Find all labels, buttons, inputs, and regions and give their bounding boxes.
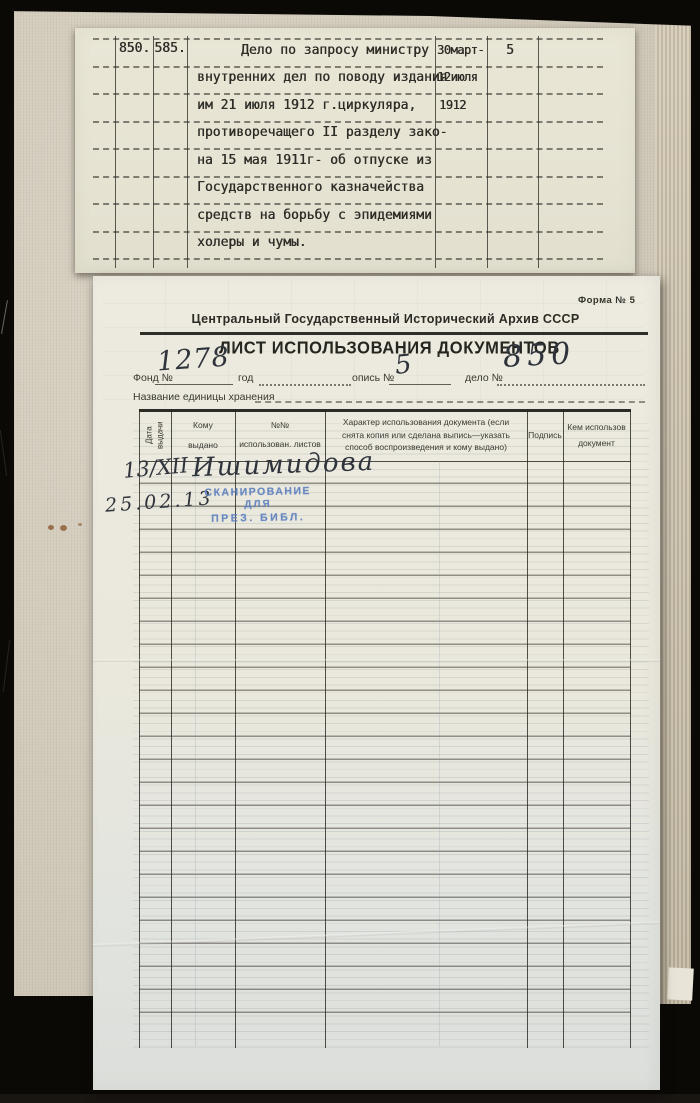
register-rule-h (93, 93, 603, 95)
col-header-signature: Подпись (527, 409, 563, 461)
bleed-through-rule (195, 461, 196, 1046)
register-rule-h (93, 148, 603, 150)
case-description-line: средств на борьбу с эпидемиями (197, 208, 432, 223)
bleed-through-rule (439, 461, 440, 1046)
case-date-line: 1912 (439, 98, 466, 112)
stamp-line: СКАНИРОВАНИЕ (193, 485, 323, 500)
case-description-line: им 21 июля 1912 г.циркуляра, (197, 98, 416, 113)
case-description-line: внутренних дел по поводу издания (197, 70, 447, 85)
page-edge-tab (667, 967, 694, 1000)
register-rule-h (93, 121, 603, 123)
col-header-date: Дата выдачи (139, 409, 171, 461)
unit-name-fill-line (255, 401, 645, 403)
scan-fiber (1, 300, 8, 334)
archive-scan: 850. 585. Дело по запросу министру внутр… (0, 0, 700, 1103)
opis-fill-line (389, 384, 451, 385)
book-fore-edge (655, 10, 691, 1004)
page-stain-dot (78, 523, 82, 526)
register-rule-v (115, 36, 116, 268)
archive-name: Центральный Государственный Исторический… (93, 312, 660, 326)
table-rule-v (563, 409, 564, 1048)
scan-bottom-texture (0, 1094, 700, 1103)
table-border-right (630, 409, 631, 1048)
col-header-used-by: Кем использов документ (563, 409, 630, 461)
scan-fiber (3, 640, 10, 692)
scanning-stamp: СКАНИРОВАНИЕ ДЛЯ ПРЕЗ. БИБЛ. (193, 485, 324, 526)
case-date-line: 12июля (437, 70, 477, 84)
register-rule-h (93, 66, 603, 68)
entry-name-handwritten: Ишимидова (192, 447, 376, 483)
page-stain-dot (48, 525, 54, 530)
form-number: Форма № 5 (578, 295, 635, 306)
fond-value-handwritten: 1278 (156, 342, 231, 378)
case-number: 850. (116, 41, 153, 56)
fond-fill-line (155, 384, 233, 385)
archive-name-rule (140, 332, 648, 335)
register-rule-v (187, 36, 188, 268)
register-rule-h (93, 231, 603, 233)
table-rule-v (527, 409, 528, 1048)
year-label: год (238, 372, 253, 384)
register-rule-h (93, 38, 603, 40)
unit-name-label: Название единицы хранения (133, 391, 275, 403)
sheet-count: 5 (490, 43, 530, 58)
opis-label: опись № (352, 372, 394, 384)
register-rule-v (153, 36, 154, 268)
opis-value-handwritten: 5 (393, 349, 413, 381)
case-date-line: 30март- (437, 43, 484, 57)
delo-fill-line (497, 384, 645, 386)
page-stain-dot (60, 525, 67, 531)
register-rule-h (93, 258, 603, 260)
col-header-date-label: Дата выдачи (144, 421, 166, 449)
case-description-line: Дело по запросу министру (241, 43, 429, 58)
table-row-lines (139, 461, 631, 1021)
case-description-line: на 15 мая 1911г- об отпуске из (197, 153, 432, 168)
case-description-line: противоречащего II разделу зако- (197, 125, 447, 140)
fold-crease (93, 659, 660, 662)
case-description-line: Государственного казначейства (197, 180, 424, 195)
register-rule-h (93, 176, 603, 178)
delo-value-handwritten: 850 (502, 336, 576, 375)
scan-fiber (0, 430, 7, 476)
register-rule-v (538, 36, 539, 268)
register-snippet: 850. 585. Дело по запросу министру внутр… (75, 28, 635, 273)
table-rule-v (325, 409, 326, 1048)
stamp-line: ПРЕЗ. БИБЛ. (193, 510, 323, 525)
case-description-line: холеры и чумы. (197, 235, 307, 250)
delo-label: дело № (465, 372, 503, 384)
old-case-number: 585. (153, 41, 187, 56)
register-rule-v (487, 36, 488, 268)
year-fill-line (259, 384, 351, 386)
register-rule-h (93, 203, 603, 205)
usage-form-sheet: Форма № 5 Центральный Государственный Ис… (93, 276, 660, 1090)
